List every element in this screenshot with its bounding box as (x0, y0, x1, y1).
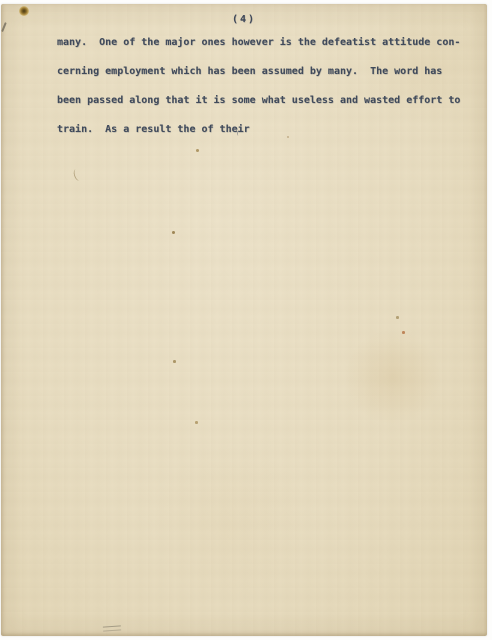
typed-line-1: many. One of the major ones however is t… (57, 28, 477, 57)
paper-speck (172, 231, 175, 234)
paper-fiber-mark (72, 168, 81, 181)
paper-speck (195, 421, 198, 424)
page-number: (4) (1, 14, 487, 25)
paper-speck (173, 360, 176, 363)
pencil-dash-mark (103, 625, 121, 631)
typed-line-4: train. As a result the of their (57, 115, 477, 144)
typed-line-3: been passed along that it is some what u… (57, 86, 477, 115)
paper-speck (196, 149, 199, 152)
scan-frame: (4) many. One of the major ones however … (0, 0, 492, 640)
paper-speck (396, 316, 399, 319)
typed-paragraph: many. One of the major ones however is t… (57, 28, 477, 144)
paper-speck (402, 331, 405, 334)
typed-line-2: cerning employment which has been assume… (57, 57, 477, 86)
paper-speck (287, 136, 289, 138)
paper-page: (4) many. One of the major ones however … (1, 4, 487, 636)
